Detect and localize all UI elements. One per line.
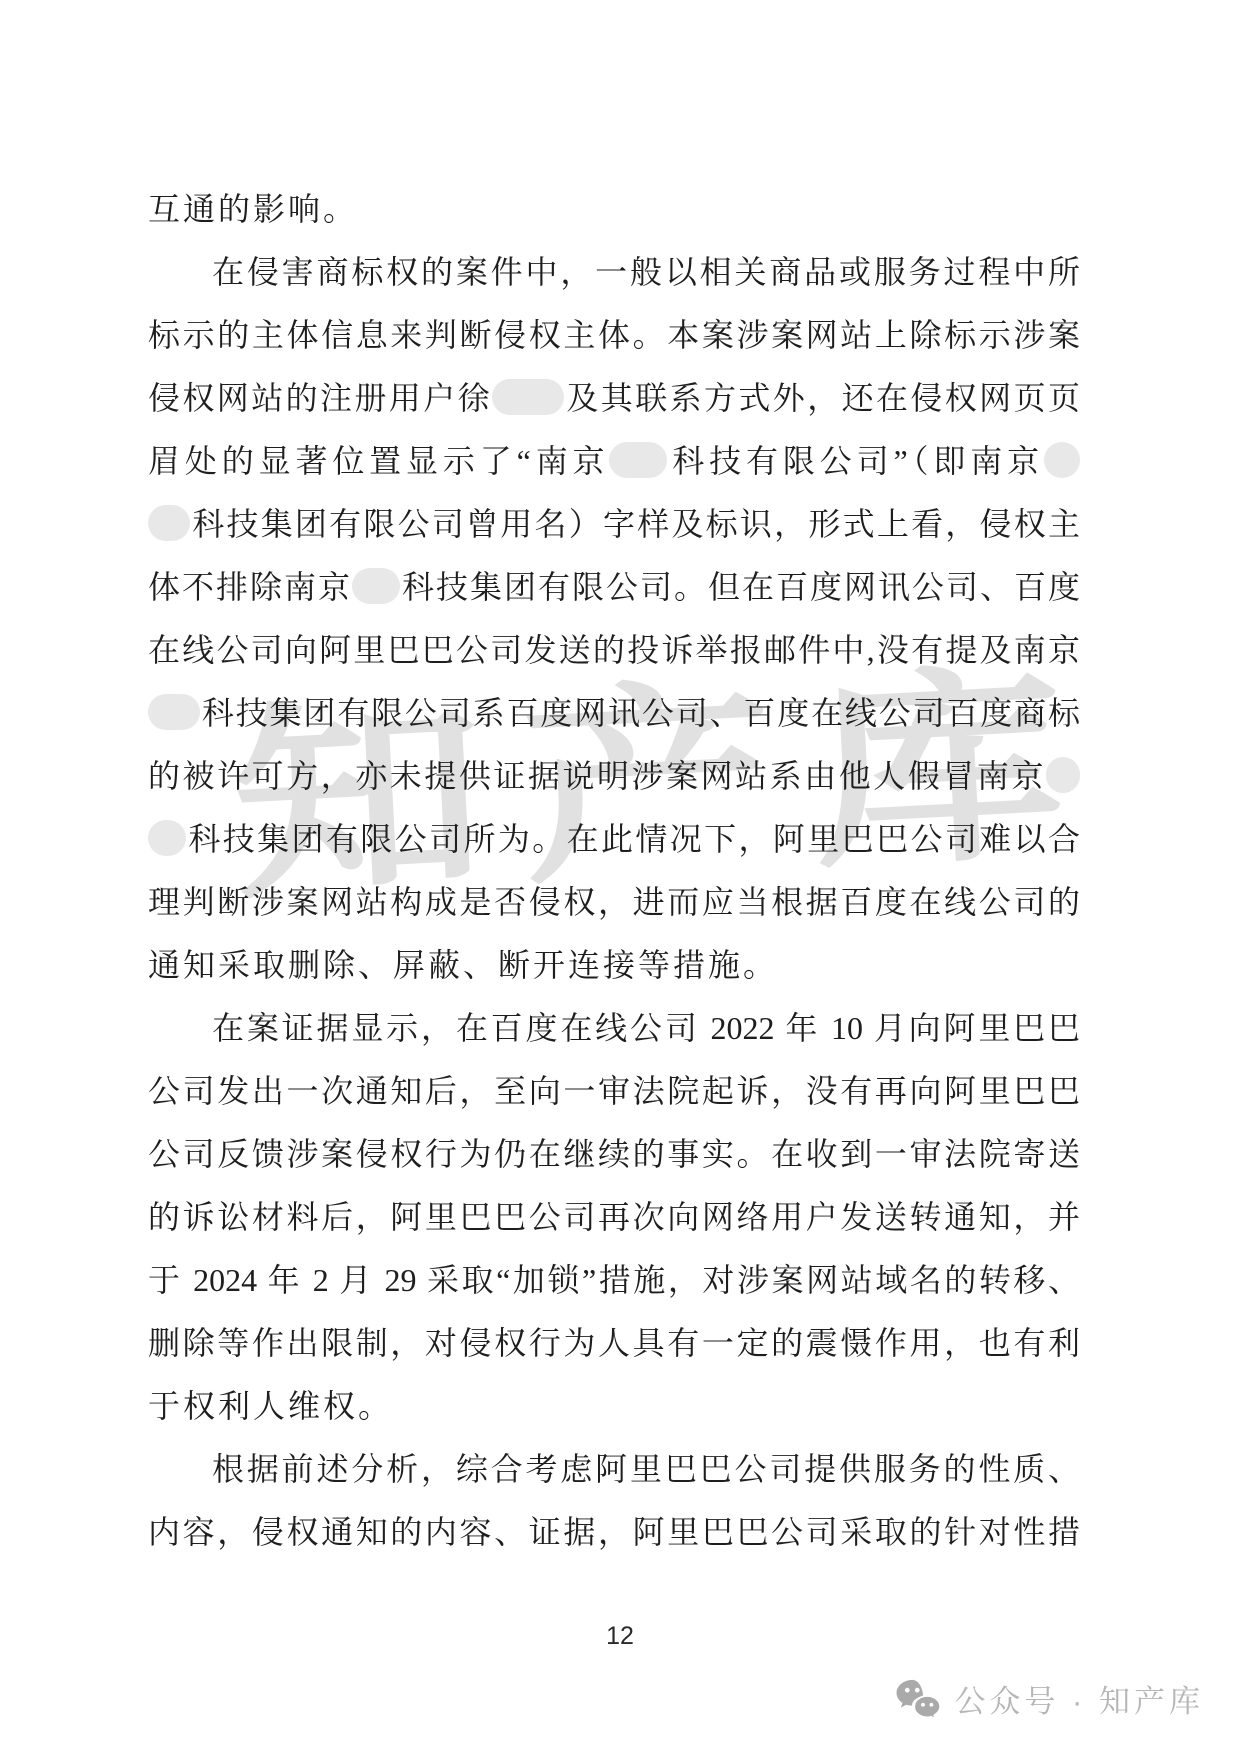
text-line: 互通的影响。 xyxy=(148,178,1080,241)
text-segment: 在侵害商标权的案件中，一般以相关商品或服务过程中所 xyxy=(212,254,1080,290)
text-line: 在侵害商标权的案件中，一般以相关商品或服务过程中所 xyxy=(148,241,1080,304)
text-line: 内容，侵权通知的内容、证据，阿里巴巴公司采取的针对性措 xyxy=(148,1501,1080,1564)
footer-label: 公众号 · 知产库 xyxy=(954,1676,1204,1721)
text-segment: 体不排除南京 xyxy=(148,569,352,605)
text-segment: 公司发出一次通知后，至向一审法院起诉，没有再向阿里巴巴 xyxy=(148,1073,1080,1109)
document-body: 互通的影响。在侵害商标权的案件中，一般以相关商品或服务过程中所标示的主体信息来判… xyxy=(148,178,1080,1564)
text-line: 科技集团有限公司系百度网讯公司、百度在线公司百度商标 xyxy=(148,682,1080,745)
text-segment: 科技集团有限公司系百度网讯公司、百度在线公司百度商标 xyxy=(200,695,1080,731)
text-line: 的被许可方，亦未提供证据说明涉案网站系由他人假冒南京 xyxy=(148,745,1080,808)
text-line: 根据前述分析，综合考虑阿里巴巴公司提供服务的性质、 xyxy=(148,1438,1080,1501)
redaction-blob xyxy=(1046,757,1080,793)
text-segment: 于 2024 年 2 月 29 采取“加锁”措施，对涉案网站域名的转移、 xyxy=(148,1262,1080,1298)
text-segment: 科技有限公司”（即南京 xyxy=(667,443,1044,479)
text-segment: 在案证据显示，在百度在线公司 2022 年 10 月向阿里巴巴 xyxy=(212,1010,1080,1046)
redaction-blob xyxy=(352,568,400,604)
text-line: 于权利人维权。 xyxy=(148,1375,1080,1438)
redaction-blob xyxy=(148,694,200,730)
redaction-blob xyxy=(492,379,564,415)
redaction-blob xyxy=(609,442,667,478)
text-segment: 科技集团有限公司曾用名）字样及标识，形式上看，侵权主 xyxy=(190,506,1080,542)
footer: 公众号 · 知产库 xyxy=(895,1676,1204,1721)
wechat-icon xyxy=(895,1678,941,1720)
text-line: 公司反馈涉案侵权行为仍在继续的事实。在收到一审法院寄送 xyxy=(148,1123,1080,1186)
text-segment: 的诉讼材料后，阿里巴巴公司再次向网络用户发送转通知，并 xyxy=(148,1199,1080,1235)
text-segment: 互通的影响。 xyxy=(148,191,358,227)
text-line: 的诉讼材料后，阿里巴巴公司再次向网络用户发送转通知，并 xyxy=(148,1186,1080,1249)
text-line: 理判断涉案网站构成是否侵权，进而应当根据百度在线公司的 xyxy=(148,871,1080,934)
redaction-blob xyxy=(148,505,190,541)
text-segment: 理判断涉案网站构成是否侵权，进而应当根据百度在线公司的 xyxy=(148,884,1080,920)
text-line: 侵权网站的注册用户徐及其联系方式外，还在侵权网页页 xyxy=(148,367,1080,430)
text-segment: 于权利人维权。 xyxy=(148,1388,393,1424)
text-line: 于 2024 年 2 月 29 采取“加锁”措施，对涉案网站域名的转移、 xyxy=(148,1249,1080,1312)
text-line: 删除等作出限制，对侵权行为人具有一定的震慑作用，也有利 xyxy=(148,1312,1080,1375)
text-segment: 在线公司向阿里巴巴公司发送的投诉举报邮件中,没有提及南京 xyxy=(148,632,1080,668)
text-line: 标示的主体信息来判断侵权主体。本案涉案网站上除标示涉案 xyxy=(148,304,1080,367)
text-segment: 通知采取删除、屏蔽、断开连接等措施。 xyxy=(148,947,778,983)
text-segment: 标示的主体信息来判断侵权主体。本案涉案网站上除标示涉案 xyxy=(148,317,1080,353)
text-segment: 侵权网站的注册用户徐 xyxy=(148,380,492,416)
text-segment: 及其联系方式外，还在侵权网页页 xyxy=(564,380,1080,416)
text-line: 科技集团有限公司所为。在此情况下，阿里巴巴公司难以合 xyxy=(148,808,1080,871)
text-segment: 内容，侵权通知的内容、证据，阿里巴巴公司采取的针对性措 xyxy=(148,1514,1080,1550)
text-line: 公司发出一次通知后，至向一审法院起诉，没有再向阿里巴巴 xyxy=(148,1060,1080,1123)
text-segment: 科技集团有限公司所为。在此情况下，阿里巴巴公司难以合 xyxy=(186,821,1080,857)
text-segment: 的被许可方，亦未提供证据说明涉案网站系由他人假冒南京 xyxy=(148,758,1046,794)
redaction-blob xyxy=(1044,442,1080,478)
text-segment: 根据前述分析，综合考虑阿里巴巴公司提供服务的性质、 xyxy=(212,1451,1080,1487)
document-page: 知产库 互通的影响。在侵害商标权的案件中，一般以相关商品或服务过程中所标示的主体… xyxy=(0,0,1240,1753)
text-segment: 科技集团有限公司。但在百度网讯公司、百度 xyxy=(400,569,1080,605)
text-line: 体不排除南京科技集团有限公司。但在百度网讯公司、百度 xyxy=(148,556,1080,619)
text-segment: 删除等作出限制，对侵权行为人具有一定的震慑作用，也有利 xyxy=(148,1325,1080,1361)
text-line: 科技集团有限公司曾用名）字样及标识，形式上看，侵权主 xyxy=(148,493,1080,556)
text-segment: 公司反馈涉案侵权行为仍在继续的事实。在收到一审法院寄送 xyxy=(148,1136,1080,1172)
text-line: 通知采取删除、屏蔽、断开连接等措施。 xyxy=(148,934,1080,997)
text-line: 在案证据显示，在百度在线公司 2022 年 10 月向阿里巴巴 xyxy=(148,997,1080,1060)
page-number: 12 xyxy=(0,1622,1240,1651)
text-segment: 眉处的显著位置显示了“南京 xyxy=(148,443,609,479)
text-line: 在线公司向阿里巴巴公司发送的投诉举报邮件中,没有提及南京 xyxy=(148,619,1080,682)
text-line: 眉处的显著位置显示了“南京科技有限公司”（即南京 xyxy=(148,430,1080,493)
redaction-blob xyxy=(148,820,186,856)
